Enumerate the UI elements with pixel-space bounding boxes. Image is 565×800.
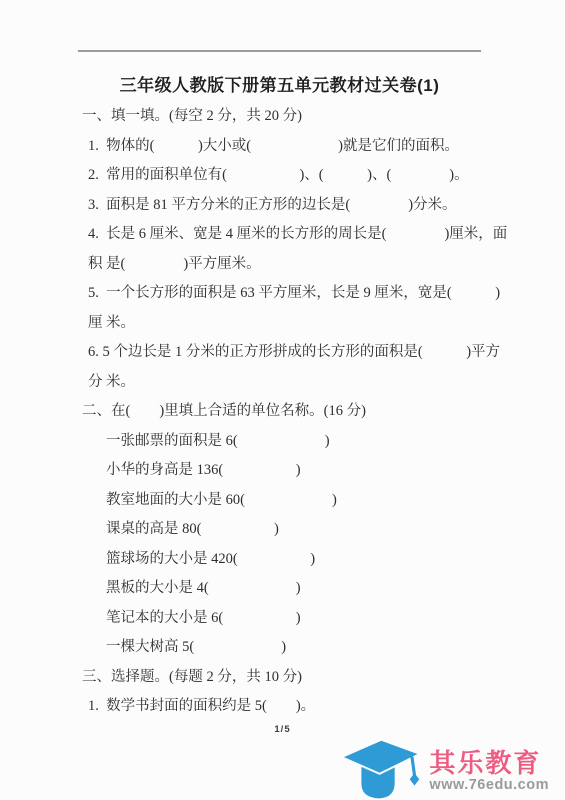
question-line: 4. 长是 6 厘米、宽是 4 厘米的长方形的周长是( )厘米，面积 [88, 220, 510, 250]
worksheet-page: 三年级人教版下册第五单元教材过关卷(1) 一、填一填。(每空 2 分，共 20 … [0, 0, 565, 800]
brand-text-block: 其乐教育 www.76edu.com [429, 750, 549, 793]
question-line: 5. 一个长方形的面积是 63 平方厘米，长是 9 厘米，宽是( )厘 [88, 279, 510, 309]
section-heading: 一、填一填。(每空 2 分，共 20 分) [82, 102, 510, 132]
question-line-continuation: 米。 [106, 368, 510, 398]
question-line: 2. 常用的面积单位有( )、( )、( )。 [88, 161, 510, 191]
brand-name: 其乐教育 [429, 750, 541, 777]
brand-website: www.76edu.com [429, 777, 549, 793]
question-line: 小华的身高是 136( ) [106, 456, 510, 486]
question-line: 篮球场的大小是 420( ) [106, 545, 510, 575]
question-line: 课桌的高是 80( ) [106, 515, 510, 545]
section-heading: 二、在( )里填上合适的单位名称。(16 分) [82, 397, 510, 427]
question-line: 1. 数学书封面的面积约是 5( )。 [88, 692, 510, 722]
header-rule [78, 50, 481, 52]
question-line: 笔记本的大小是 6( ) [106, 604, 510, 634]
worksheet-body: 一、填一填。(每空 2 分，共 20 分) 1. 物体的( )大小或( )就是它… [80, 102, 510, 722]
section-heading: 三、选择题。(每题 2 分，共 10 分) [82, 663, 510, 693]
question-line: 教室地面的大小是 60( ) [106, 486, 510, 516]
question-line: 3. 面积是 81 平方分米的正方形的边长是( )分米。 [88, 191, 510, 221]
question-line: 一棵大树高 5( ) [106, 633, 510, 663]
page-title: 三年级人教版下册第五单元教材过关卷(1) [78, 71, 481, 96]
page-indicator: 1/5 [0, 724, 565, 735]
question-line: 6. 5 个边长是 1 分米的正方形拼成的长方形的面积是( )平方分 [88, 338, 510, 368]
graduation-cap-icon [340, 738, 424, 800]
question-line-continuation: 是( )平方厘米。 [106, 250, 510, 280]
question-line-continuation: 米。 [106, 309, 510, 339]
brand-logo: 其乐教育 www.76edu.com [340, 738, 549, 800]
question-line: 一张邮票的面积是 6( ) [106, 427, 510, 457]
question-line: 1. 物体的( )大小或( )就是它们的面积。 [88, 132, 510, 162]
question-line: 黑板的大小是 4( ) [106, 574, 510, 604]
